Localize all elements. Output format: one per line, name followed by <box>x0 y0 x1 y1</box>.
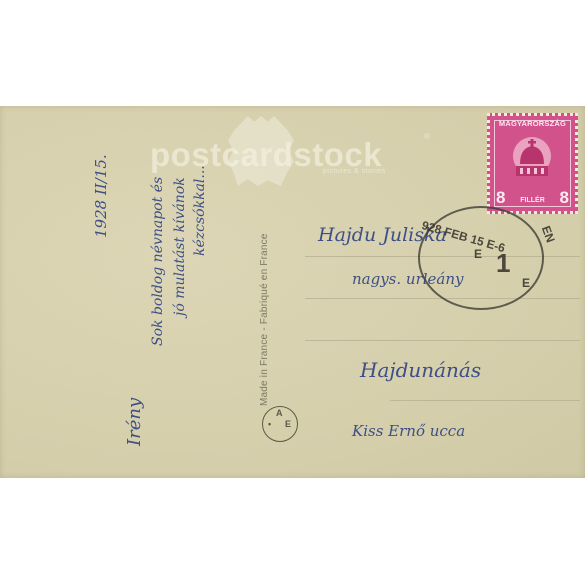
address-guide-line <box>390 400 580 401</box>
postmark-letter: E <box>522 276 530 290</box>
address-line-4: Kiss Ernő ucca <box>352 422 465 440</box>
message-line-2: jó mulatást kívánok <box>172 177 188 316</box>
date-note: 1928 II/15. <box>92 154 110 238</box>
address-guide-line <box>305 340 580 341</box>
message-line-3: kézcsókkal... <box>192 165 208 256</box>
imprint-text: Made in France - Fabriqué en France <box>259 233 270 406</box>
postmark-number: 1 <box>496 248 510 279</box>
postmark-letter: E <box>474 247 482 261</box>
postage-stamp: MAGYARORSZÁG 8 FILLÉR 8 <box>487 113 578 214</box>
message-line-1: Sok boldog névnapot és <box>150 177 166 346</box>
stamp-country: MAGYARORSZÁG <box>490 119 575 128</box>
stamp-value-right: 8 <box>560 188 569 208</box>
holy-crown-icon <box>512 134 552 180</box>
watermark-tagline: pictures & stories <box>323 168 386 175</box>
watermark-registered: ® <box>424 132 430 141</box>
signature: Irény <box>124 398 145 446</box>
address-line-3: Hajdunánás <box>360 358 481 382</box>
publisher-logo: A • E <box>262 406 298 442</box>
